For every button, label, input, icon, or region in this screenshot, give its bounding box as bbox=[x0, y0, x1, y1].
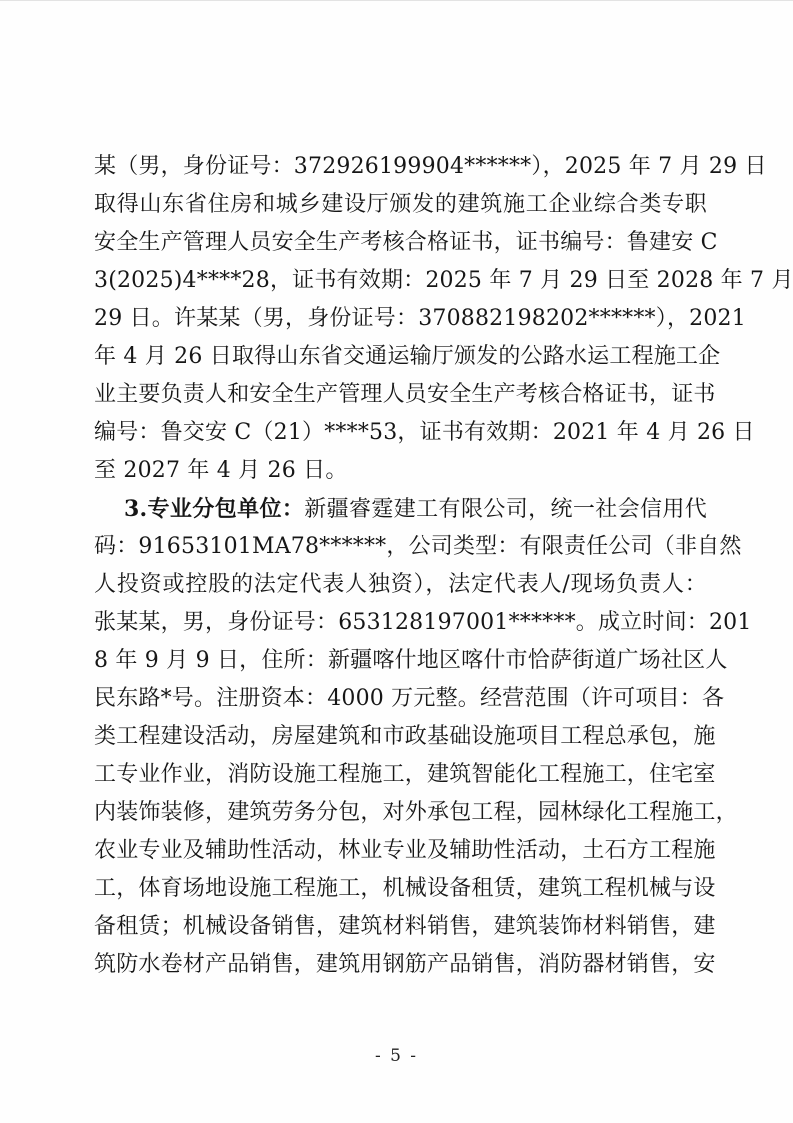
body-line: 备租赁；机械设备销售，建筑材料销售，建筑装饰材料销售，建 bbox=[94, 908, 707, 946]
body-line: 工专业作业，消防设施工程施工，建筑智能化工程施工，住宅室 bbox=[94, 756, 707, 794]
body-line: 年 4 月 26 日取得山东省交通运输厅颁发的公路水运工程施工企 bbox=[94, 338, 707, 376]
body-line: 某（男，身份证号：372926199904******），2025 年 7 月 … bbox=[94, 148, 707, 186]
body-line: 取得山东省住房和城乡建设厅颁发的建筑施工企业综合类专职 bbox=[94, 186, 707, 224]
body-line: 码：91653101MA78******，公司类型：有限责任公司（非自然 bbox=[94, 528, 707, 566]
body-line: 内装饰装修，建筑劳务分包，对外承包工程，园林绿化工程施工， bbox=[94, 794, 707, 832]
body-line: 类工程建设活动，房屋建筑和市政基础设施项目工程总承包，施 bbox=[94, 718, 707, 756]
body-line: 3(2025)4****28，证书有效期：2025 年 7 月 29 日至 20… bbox=[94, 262, 707, 300]
body-line: 张某某，男，身份证号：653128197001******。成立时间：201 bbox=[94, 604, 707, 642]
section-heading: 3.专业分包单位： bbox=[124, 496, 304, 522]
body-line: 民东路*号。注册资本：4000 万元整。经营范围（许可项目：各 bbox=[94, 680, 707, 718]
body-line: 筑防水卷材产品销售，建筑用钢筋产品销售，消防器材销售，安 bbox=[94, 946, 707, 984]
body-line: 29 日。许某某（男，身份证号：370882198202******），2021 bbox=[94, 300, 707, 338]
body-line: 业主要负责人和安全生产管理人员安全生产考核合格证书，证书 bbox=[94, 376, 707, 414]
body-line: 8 年 9 月 9 日，住所：新疆喀什地区喀什市恰萨街道广场社区人 bbox=[94, 642, 707, 680]
body-line: 农业专业及辅助性活动，林业专业及辅助性活动，土石方工程施 bbox=[94, 832, 707, 870]
page-number: - 5 - bbox=[0, 1043, 793, 1069]
document-body: 某（男，身份证号：372926199904******），2025 年 7 月 … bbox=[94, 148, 707, 984]
body-line: 编号：鲁交安 C（21）****53，证书有效期：2021 年 4 月 26 日 bbox=[94, 414, 707, 452]
body-line-section-start: 3.专业分包单位：新疆睿霆建工有限公司，统一社会信用代 bbox=[94, 490, 707, 528]
body-line: 工，体育场地设施工程施工，机械设备租赁，建筑工程机械与设 bbox=[94, 870, 707, 908]
body-line: 人投资或控股的法定代表人独资），法定代表人/现场负责人： bbox=[94, 566, 707, 604]
document-page: 某（男，身份证号：372926199904******），2025 年 7 月 … bbox=[0, 0, 793, 1123]
body-line: 安全生产管理人员安全生产考核合格证书，证书编号：鲁建安 C bbox=[94, 224, 707, 262]
section-heading-rest: 新疆睿霆建工有限公司，统一社会信用代 bbox=[304, 497, 707, 522]
body-line-paragraph-end: 至 2027 年 4 月 26 日。 bbox=[94, 452, 707, 490]
